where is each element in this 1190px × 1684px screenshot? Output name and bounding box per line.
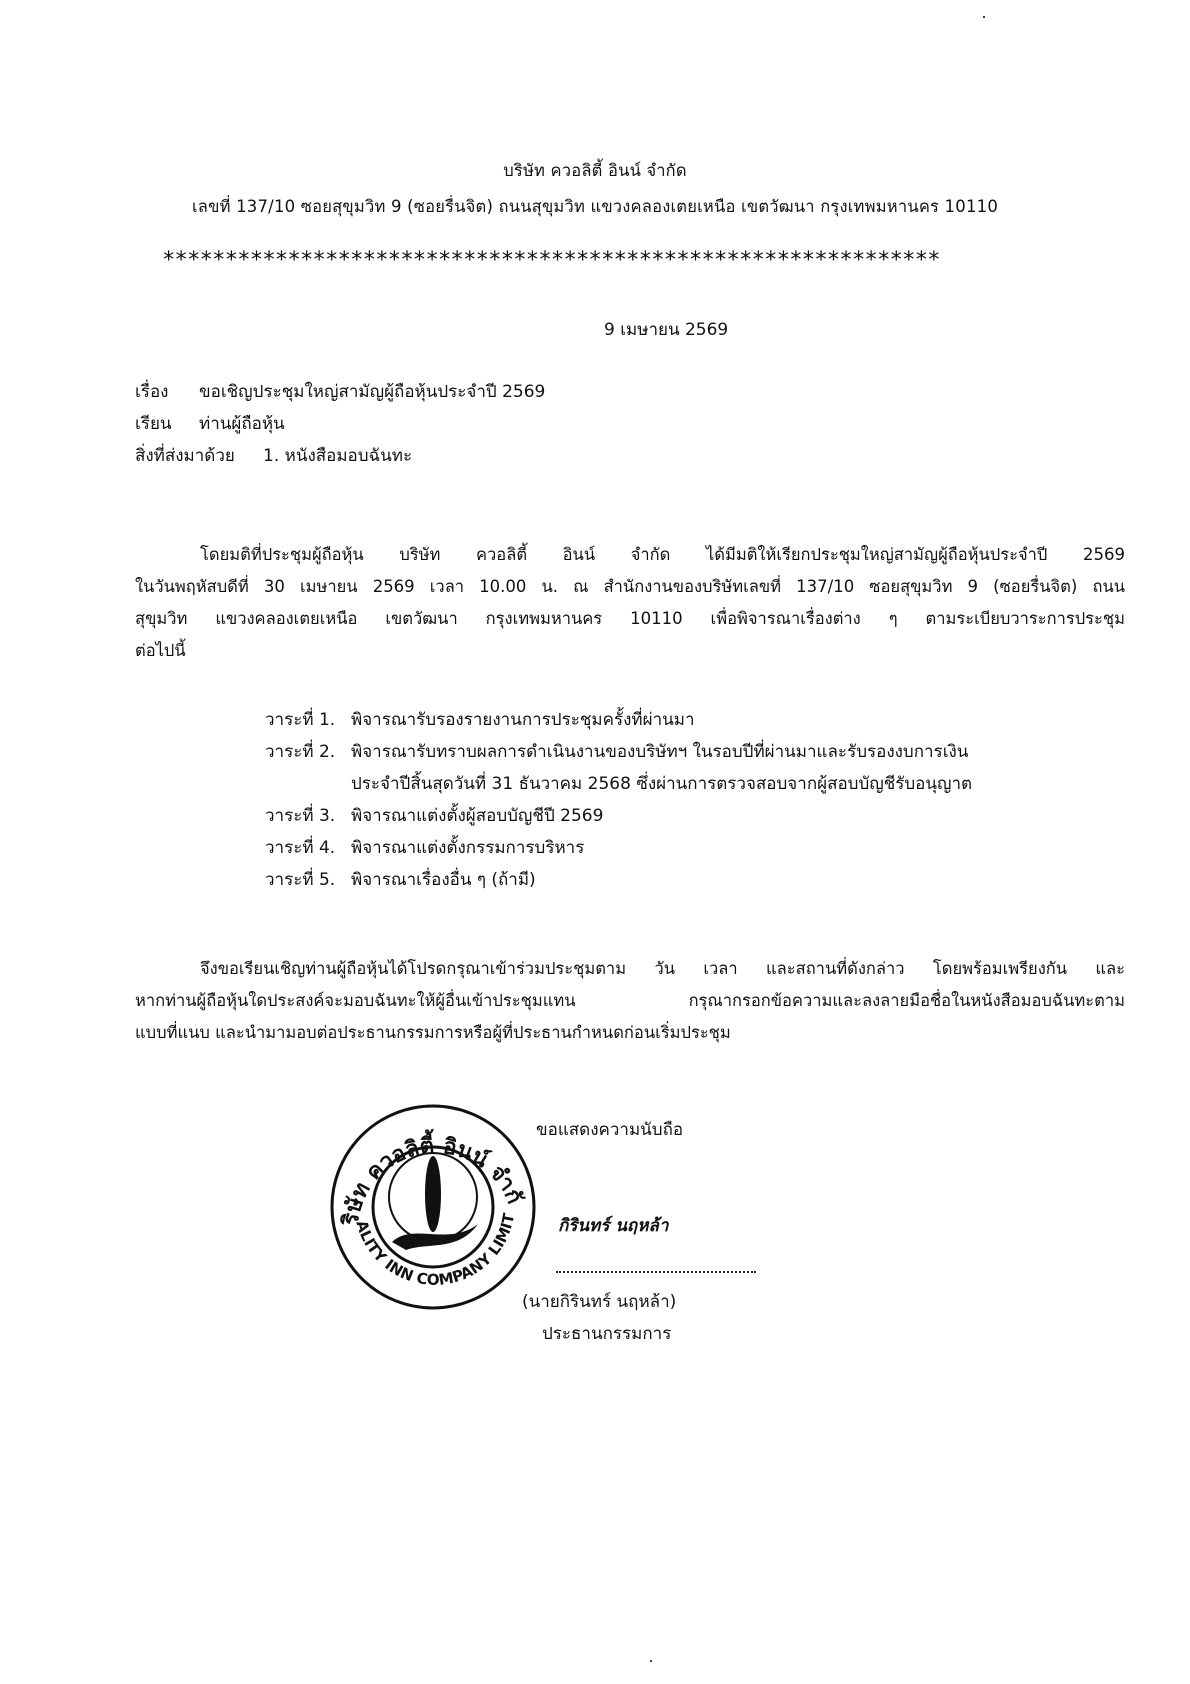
to-row: เรียนท่านผู้ถือหุ้น [135, 410, 285, 437]
agenda-text: พิจารณาเรื่องอื่น ๆ (ถ้ามี) [351, 870, 536, 890]
enclosure-label: สิ่งที่ส่งมาด้วย [135, 442, 263, 469]
agenda-text: พิจารณาแต่งตั้งกรรมการบริหาร [351, 838, 584, 858]
agenda-label: วาระที่ 4. [265, 834, 351, 861]
agenda-label: วาระที่ 3. [265, 802, 351, 829]
handwritten-signature: กิรินทร์ นฤหล้า [558, 1212, 668, 1239]
signer-position: ประธานกรรมการ [542, 1320, 671, 1347]
company-name: บริษัท ควอลิตี้ อินน์ จำกัด [0, 158, 1190, 184]
agenda-item-1: วาระที่ 1.พิจารณารับรองรายงานการประชุมคร… [265, 706, 695, 733]
agenda-item-5: วาระที่ 5.พิจารณาเรื่องอื่น ๆ (ถ้ามี) [265, 866, 536, 893]
subject-row: เรื่องขอเชิญประชุมใหญ่สามัญผู้ถือหุ้นประ… [135, 378, 545, 405]
subject-label: เรื่อง [135, 378, 199, 405]
agenda-text: พิจารณารับรองรายงานการประชุมครั้งที่ผ่าน… [351, 710, 695, 730]
agenda-item-3: วาระที่ 3.พิจารณาแต่งตั้งผู้สอบบัญชีปี 2… [265, 802, 603, 829]
agenda-item-4: วาระที่ 4.พิจารณาแต่งตั้งกรรมการบริหาร [265, 834, 584, 861]
closing-line-3: แบบที่แนบ และนำมามอบต่อประธานกรรมการหรือ… [135, 1020, 1125, 1046]
signature-line [556, 1271, 756, 1273]
agenda-item-2: วาระที่ 2.พิจารณารับทราบผลการดำเนินงานขอ… [265, 738, 968, 765]
intro-line-4: ต่อไปนี้ [135, 638, 1125, 664]
company-stamp: บริษัท ควอลิตี้ อินน์ จำกัด QUALITY INN … [328, 1102, 538, 1312]
intro-line-2: ในวันพฤหัสบดีที่ 30 เมษายน 2569 เวลา 10.… [135, 574, 1125, 600]
scan-speck [983, 16, 985, 18]
company-address: เลขที่ 137/10 ซอยสุขุมวิท 9 (ซอยรื่นจิต)… [0, 194, 1190, 220]
agenda-label: วาระที่ 2. [265, 738, 351, 765]
subject-text: ขอเชิญประชุมใหญ่สามัญผู้ถือหุ้นประจำปี 2… [199, 382, 545, 402]
separator-line: ****************************************… [162, 248, 940, 273]
to-label: เรียน [135, 410, 199, 437]
agenda-text: พิจารณารับทราบผลการดำเนินงานของบริษัทฯ ใ… [351, 742, 968, 762]
enclosure-text: 1. หนังสือมอบฉันทะ [263, 446, 412, 466]
signature-closing: ขอแสดงความนับถือ [536, 1116, 683, 1143]
closing-line-2: หากท่านผู้ถือหุ้นใดประสงค์จะมอบฉันทะให้ผ… [135, 988, 1125, 1014]
enclosure-row: สิ่งที่ส่งมาด้วย1. หนังสือมอบฉันทะ [135, 442, 412, 469]
agenda-label: วาระที่ 1. [265, 706, 351, 733]
to-text: ท่านผู้ถือหุ้น [199, 414, 285, 434]
scan-speck [650, 1660, 652, 1662]
intro-line-3: สุขุมวิท แขวงคลองเตยเหนือ เขตวัฒนา กรุงเ… [135, 606, 1125, 632]
agenda-text: พิจารณาแต่งตั้งผู้สอบบัญชีปี 2569 [351, 806, 603, 826]
intro-line-1: โดยมติที่ประชุมผู้ถือหุ้น บริษัท ควอลิตี… [200, 542, 1125, 568]
signer-printed-name: (นายกิรินทร์ นฤหล้า) [522, 1288, 676, 1315]
letter-date: 9 เมษายน 2569 [604, 316, 728, 343]
closing-line-1: จึงขอเรียนเชิญท่านผู้ถือหุ้นได้โปรดกรุณา… [200, 956, 1125, 982]
agenda-item-2-continuation: ประจำปีสิ้นสุดวันที่ 31 ธันวาคม 2568 ซึ่… [351, 770, 972, 797]
stamp-seal-icon: บริษัท ควอลิตี้ อินน์ จำกัด QUALITY INN … [328, 1102, 538, 1312]
agenda-label: วาระที่ 5. [265, 866, 351, 893]
